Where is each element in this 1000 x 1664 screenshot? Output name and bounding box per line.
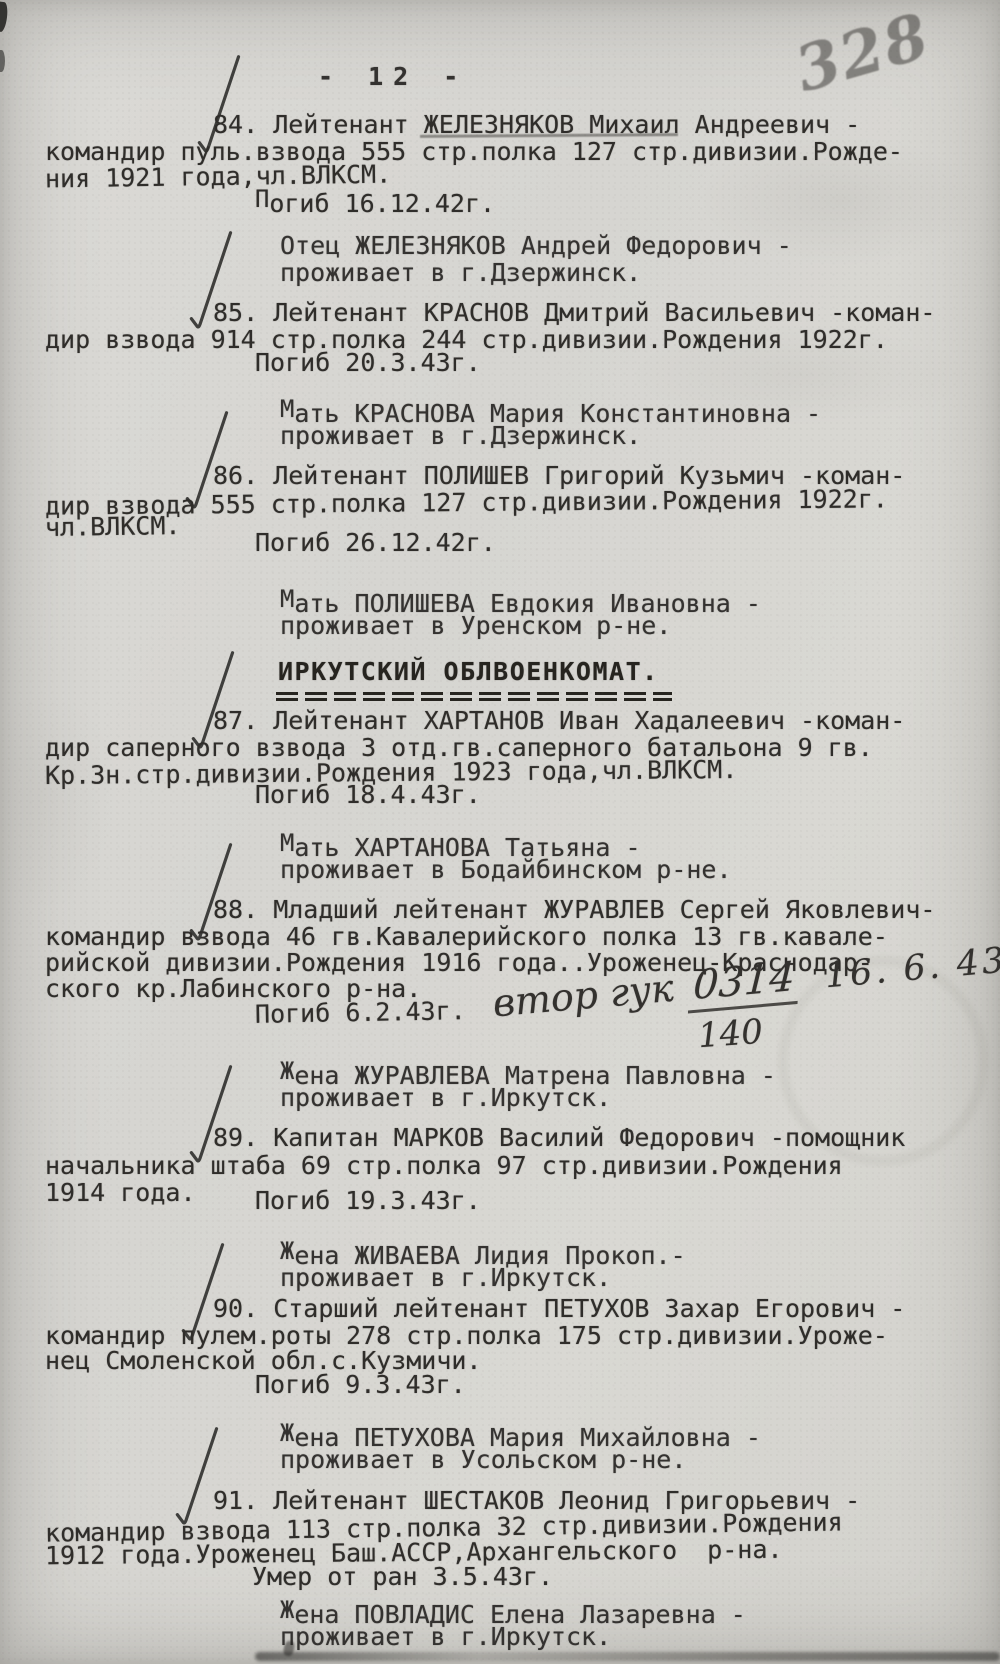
- next-of-kin-line: проживает в г.Дзержинск.: [280, 423, 641, 450]
- next-of-kin-line: Жена ЖУРАВЛЕВА Матрена Павловна -: [280, 1058, 776, 1085]
- death-date-line: Погиб 26.12.42г.: [255, 530, 496, 557]
- next-of-kin-line: проживает в Уренском р-не.: [280, 613, 671, 640]
- heading-underline: [276, 692, 672, 695]
- page-number: - 12 -: [318, 64, 468, 91]
- entry-text-line: 85. Лейтенант КРАСНОВ Дмитрий Васильевич…: [213, 300, 935, 327]
- entry-text-line: начальника штаба 69 стр.полка 97 стр.див…: [45, 1153, 843, 1180]
- entry-text-line: 88. Младший лейтенант ЖУРАВЛЕВ Сергей Як…: [213, 897, 935, 924]
- entry-text-line: 90. Старший лейтенант ПЕТУХОВ Захар Егор…: [213, 1296, 905, 1323]
- entry-text-line: 84. Лейтенант ЖЕЛЕЗНЯКОВ Михаил Андрееви…: [213, 112, 860, 139]
- death-date-line: Умер от ран 3.5.43г.: [252, 1564, 553, 1591]
- scan-edge-mark: [0, 50, 5, 72]
- entry-text-line: 87. Лейтенант ХАРТАНОВ Иван Хадалеевич -…: [213, 708, 905, 735]
- next-of-kin-line: проживает в г.Иркутск.: [280, 1265, 611, 1292]
- entry-text-line: 1914 года.: [45, 1180, 196, 1207]
- scan-edge-smudge: [255, 1652, 1000, 1661]
- scan-edge-mark: [0, 2, 9, 33]
- next-of-kin-line: Мать КРАСНОВА Мария Константиновна -: [280, 396, 821, 423]
- next-of-kin-line: проживает в г.Дзержинск.: [280, 260, 641, 287]
- next-of-kin-line: Жена ЖИВАЕВА Лидия Прокоп.-: [280, 1238, 686, 1265]
- death-date-line: Погиб 18.4.43г.: [255, 782, 481, 809]
- next-of-kin-line: Мать ХАРТАНОВА Татьяна -: [280, 830, 641, 857]
- ink-note-code: 0314: [688, 954, 800, 1014]
- handwritten-folio-number: 328: [788, 0, 938, 106]
- next-of-kin-line: проживает в г.Иркутск.: [280, 1624, 611, 1651]
- section-heading: ИРКУТСКИЙ ОБЛВОЕНКОМАТ.: [278, 659, 659, 686]
- next-of-kin-line: Жена ПЕТУХОВА Мария Михайловна -: [280, 1420, 761, 1447]
- death-date-line: Погиб 20.3.43г.: [255, 350, 481, 377]
- scan-ghost-stain: [0, 690, 120, 910]
- next-of-kin-line: проживает в Бодайбинском р-не.: [280, 857, 732, 884]
- death-date-line: Погиб 19.3.43г.: [255, 1188, 481, 1215]
- next-of-kin-line: Жена ПОВЛАДИС Елена Лазаревна -: [280, 1597, 746, 1624]
- next-of-kin-line: Мать ПОЛИШЕВА Евдокия Ивановна -: [280, 586, 761, 613]
- entry-text-line: командир взвода 46 гв.Кавалерийского пол…: [45, 924, 888, 951]
- document-page: - 12 - 328 84. Лейтенант ЖЕЛЕЗНЯКОВ Миха…: [0, 0, 1000, 1664]
- death-date-line: Погиб 6.2.43г.: [255, 998, 466, 1029]
- heading-underline: [276, 698, 672, 701]
- death-date-line: Погиб 16.12.42г.: [255, 186, 495, 213]
- next-of-kin-line: Отец ЖЕЛЕЗНЯКОВ Андрей Федорович -: [280, 233, 792, 260]
- next-of-kin-line: проживает в г.Иркутск.: [280, 1085, 611, 1112]
- next-of-kin-line: проживает в Усольском р-не.: [280, 1447, 686, 1474]
- entry-text-line: чл.ВЛКСМ.: [45, 513, 181, 542]
- entry-text-line: 89. Капитан МАРКОВ Василий Федорович -по…: [213, 1125, 905, 1152]
- death-date-line: Погиб 9.3.43г.: [255, 1372, 466, 1399]
- ink-note-date: 16. 6. 43: [823, 941, 1000, 997]
- ink-note-denominator: 140: [697, 1012, 765, 1056]
